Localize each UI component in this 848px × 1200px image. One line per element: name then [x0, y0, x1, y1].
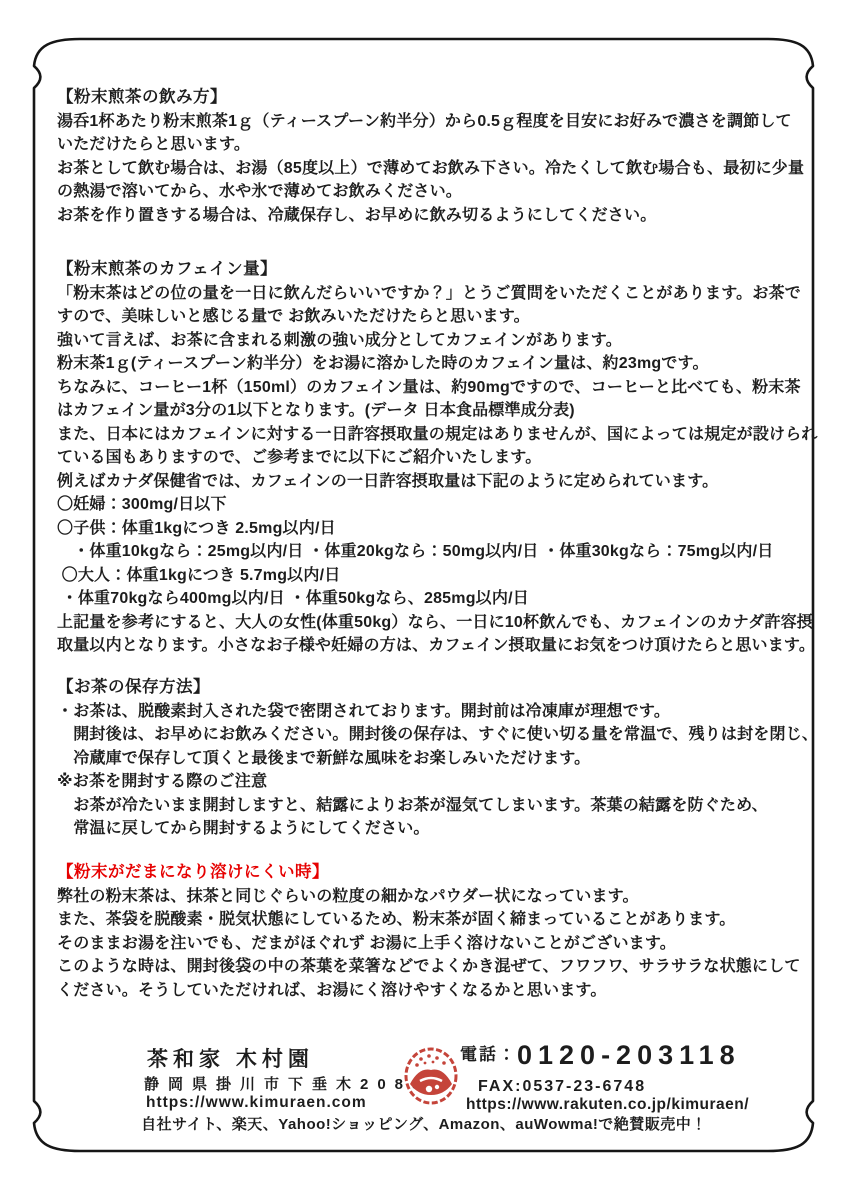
section-drinking-instructions: 【粉末煎茶の飲み方】 湯呑1杯あたり粉末煎茶1ｇ（ティースプーン約半分）から0.… [57, 86, 797, 227]
document-page: 【粉末煎茶の飲み方】 湯呑1杯あたり粉末煎茶1ｇ（ティースプーン約半分）から0.… [0, 0, 848, 1200]
sales-channels-note: 自社サイト、楽天、Yahoo!ショッピング、Amazon、auWowma!で絶賛… [57, 1113, 791, 1134]
section-body-text: 弊社の粉末茶は、抹茶と同じぐらいの粒度の細かなパウダー状になっています。 また、… [57, 885, 797, 1003]
section-heading-red: 【粉末がだまになり溶けにくい時】 [57, 861, 797, 885]
company-address: 静岡県掛川市下垂木2083 [144, 1073, 429, 1094]
phone-number: 0120-203118 [517, 1040, 741, 1070]
company-name: 茶和家 木村園 [147, 1043, 314, 1073]
section-body-text: 湯呑1杯あたり粉末煎茶1ｇ（ティースプーン約半分）から0.5ｇ程度を目安にお好み… [57, 110, 797, 228]
section-heading: 【粉末煎茶のカフェイン量】 [57, 258, 797, 282]
section-clumping-notice: 【粉末がだまになり溶けにくい時】 弊社の粉末茶は、抹茶と同じぐらいの粒度の細かな… [57, 861, 797, 1002]
fax-number: FAX:0537-23-6748 [478, 1078, 646, 1096]
section-heading: 【粉末煎茶の飲み方】 [57, 86, 797, 110]
phone-row: 電話：0120-203118 [460, 1040, 741, 1071]
section-caffeine-info: 【粉末煎茶のカフェイン量】 「粉末茶はどの位の量を一日に飲んだらいいですか？」と… [57, 258, 797, 658]
section-body-text: 「粉末茶はどの位の量を一日に飲んだらいいですか？」とうご質問をいただくことがあり… [57, 282, 797, 658]
company-website-url: https://www.kimuraen.com [146, 1094, 367, 1112]
rakuten-store-url: https://www.rakuten.co.jp/kimuraen/ [466, 1096, 749, 1114]
company-seal-stamp-icon [404, 1047, 458, 1105]
section-heading: 【お茶の保存方法】 [57, 676, 797, 700]
phone-label: 電話： [460, 1045, 517, 1064]
section-body-text: ・お茶は、脱酸素封入された袋で密閉されております。開封前は冷凍庫が理想です。 開… [57, 700, 797, 841]
section-storage-method: 【お茶の保存方法】 ・お茶は、脱酸素封入された袋で密閉されております。開封前は冷… [57, 676, 797, 841]
